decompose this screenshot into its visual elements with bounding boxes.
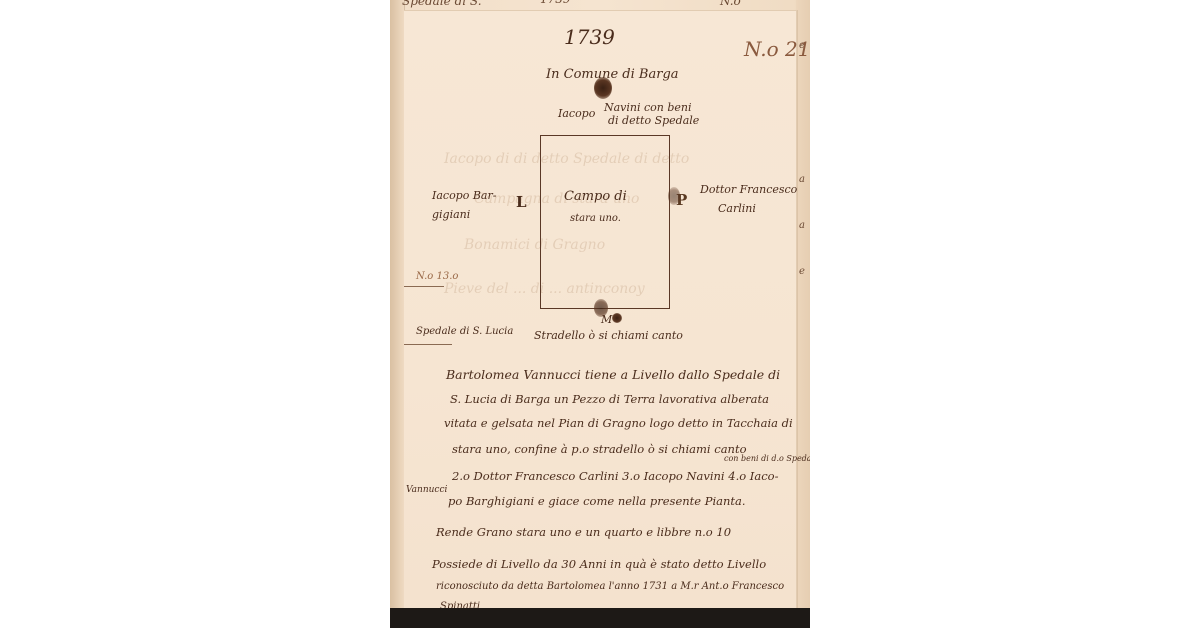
plan-south-label: Stradello ò si chiami canto [534, 329, 683, 342]
plan-west-label: Iacopo Bar- [432, 189, 496, 202]
body-line: vitata e gelsata nel Pian di Gragno logo… [444, 416, 793, 430]
plan-east-label: Carlini [718, 202, 756, 215]
margin-note-lower: Vannucci [406, 485, 447, 495]
margin-spedale: Spedale di S. Lucia [416, 326, 513, 337]
body-line: Rende Grano stara uno e un quarto e libb… [436, 525, 731, 539]
plan-north-label: Navini con beni [604, 101, 692, 114]
body-line: po Barghigiani e giace come nella presen… [448, 494, 746, 508]
previous-page-fragment: Spedale di S. [402, 0, 482, 8]
body-line: S. Lucia di Barga un Pezzo di Terra lavo… [450, 392, 769, 406]
body-line: Bartolomea Vannucci tiene a Livello dall… [446, 367, 780, 382]
field-size: stara uno. [570, 213, 621, 224]
body-line: Possiede di Livello da 30 Anni in quà è … [432, 557, 766, 571]
right-margin-fragment: a [799, 174, 805, 185]
scan-bottom-edge [390, 608, 810, 628]
document-number: N.o 21 [744, 37, 810, 61]
previous-page-fragment: N.o [720, 0, 741, 8]
header-comune: In Comune di Barga [546, 67, 679, 82]
plan-west-label: gigiani [432, 208, 470, 221]
right-margin-fragment: a [799, 220, 805, 231]
margin-rule [404, 286, 444, 287]
plan-north-label: di detto Spedale [608, 114, 699, 127]
stain [612, 313, 622, 323]
body-line: 2.o Dottor Francesco Carlini 3.o Iacopo … [452, 469, 778, 483]
margin-rule [404, 344, 452, 345]
margin-number: N.o 13.o [416, 271, 458, 282]
binding-edge [390, 0, 405, 612]
body-line: riconosciuto da detta Bartolomea l'anno … [436, 581, 784, 592]
field-label: Campo di [564, 189, 627, 204]
manuscript-scan: Spedale di S. 1739 N.o e a a e Iacopo di… [390, 0, 810, 628]
plan-letter-west: L [516, 193, 527, 211]
ink-blot [594, 77, 612, 99]
body-line-insertion: con beni di d.o Spedale [724, 454, 810, 463]
right-margin-fragment: e [799, 266, 805, 277]
stain [668, 187, 680, 205]
body-line: stara uno, confine à p.o stradello ò si … [452, 442, 747, 456]
plan-north-label: Iacopo [558, 107, 595, 120]
stain [594, 299, 608, 317]
right-page-strip [796, 0, 810, 612]
document-year: 1739 [564, 25, 615, 49]
previous-page-fragment: 1739 [540, 0, 571, 6]
plan-east-label: Dottor Francesco [700, 183, 797, 196]
manuscript-page: Iacopo di di detto Spedale di detto Camp… [404, 10, 797, 612]
